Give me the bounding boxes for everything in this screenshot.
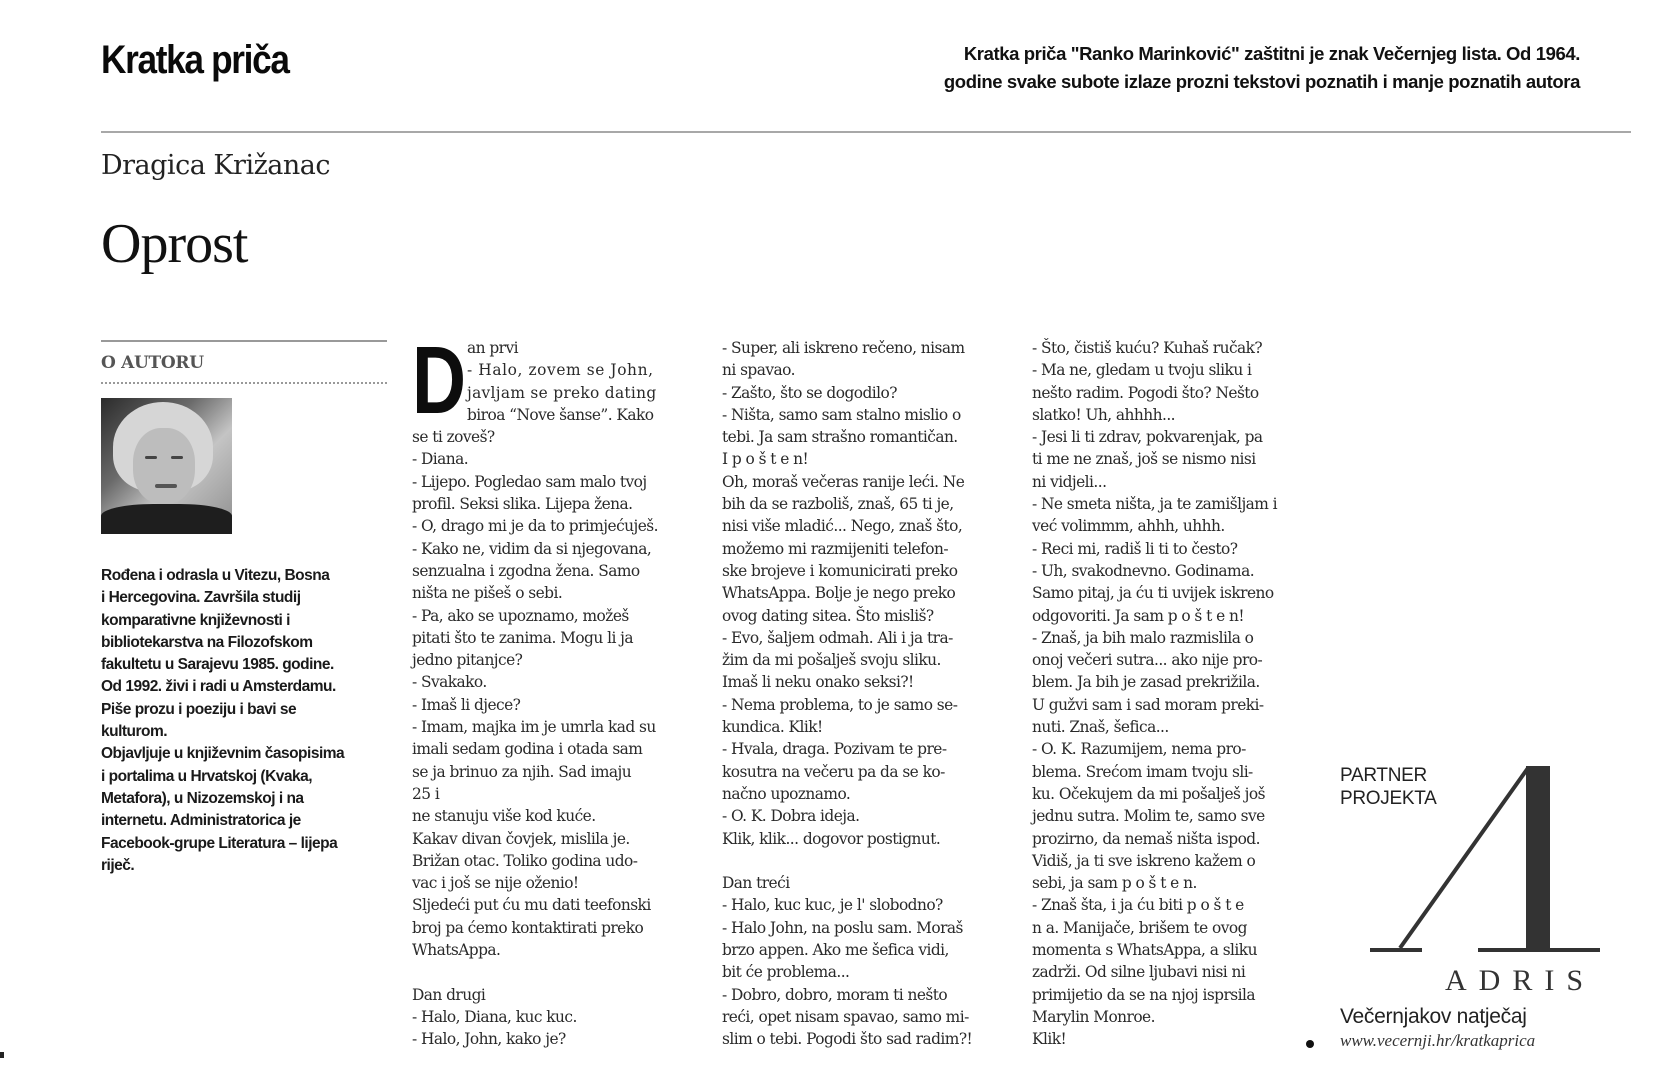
dropcap-letter: D bbox=[412, 341, 466, 421]
about-author-sidebar: O AUTORU Rođena i odrasla u Vitezu, Bosn… bbox=[101, 340, 387, 877]
bullet-icon bbox=[1306, 1040, 1314, 1048]
story-line: WhatsAppa. Bolje je nego preko bbox=[722, 582, 1008, 604]
story-line: - Uh, svakodnevno. Godinama. bbox=[1032, 560, 1318, 582]
story-line: 25 i bbox=[412, 783, 698, 805]
story-line: brzo appen. Ako me šefica vidi, bbox=[722, 939, 1008, 961]
bio-line: i Hercegovina. Završila studij bbox=[101, 587, 387, 609]
story-line: Klik! bbox=[1032, 1028, 1318, 1050]
story-line: ovog dating sitea. Što misliš? bbox=[722, 605, 1008, 627]
story-line: kundica. Klik! bbox=[722, 716, 1008, 738]
bio-line: bibliotekarstva na Filozofskom bbox=[101, 632, 387, 654]
paragraph-gap bbox=[412, 961, 698, 983]
header-blurb-line: godine svake subote izlaze prozni teksto… bbox=[820, 68, 1580, 96]
story-column-1: D an prvi - Halo, zovem se John, javljam… bbox=[412, 337, 698, 1051]
author-name: Dragica Križanac bbox=[101, 150, 330, 181]
story-line: blema. Srećom imam tvoju sli- bbox=[1032, 761, 1318, 783]
story-line: ku. Očekujem da mi pošalješ još bbox=[1032, 783, 1318, 805]
adris-logo-icon bbox=[1370, 758, 1600, 968]
story-line: jedno pitanjce? bbox=[412, 649, 698, 671]
photo-mouth-shape bbox=[155, 484, 177, 488]
story-line: - Evo, šaljem odmah. Ali i ja tra- bbox=[722, 627, 1008, 649]
story-line: bih da se razboliš, znaš, 65 ti je, bbox=[722, 493, 1008, 515]
story-column-3: - Što, čistiš kuću? Kuhaš ručak? - Ma ne… bbox=[1032, 337, 1318, 1051]
day-heading: Dan drugi bbox=[412, 984, 698, 1006]
contest-url-link[interactable]: www.vecernji.hr/kratkaprica bbox=[1340, 1031, 1535, 1051]
story-line: nuti. Znaš, šefica... bbox=[1032, 716, 1318, 738]
photo-face-shape bbox=[133, 428, 195, 504]
story-line: - Jesi li ti zdrav, pokvarenjak, pa bbox=[1032, 426, 1318, 448]
story-line: ni vidjeli... bbox=[1032, 471, 1318, 493]
story-line: sebi, ja sam p o š t e n. bbox=[1032, 872, 1318, 894]
story-line: - Ma ne, gledam u tvoju sliku i bbox=[1032, 359, 1318, 381]
story-title: Oprost bbox=[101, 212, 247, 276]
photo-eye-shape bbox=[171, 456, 183, 459]
day-heading: Dan treći bbox=[722, 872, 1008, 894]
story-line: - Hvala, draga. Pozivam te pre- bbox=[722, 738, 1008, 760]
story-line: onoj večeri sutra... ako nije pro- bbox=[1032, 649, 1318, 671]
bio-line: internetu. Administratorica je bbox=[101, 810, 387, 832]
story-line: se ja brinuo za njih. Sad imaju bbox=[412, 761, 698, 783]
story-line: momenta s WhatsAppa, a sliku bbox=[1032, 939, 1318, 961]
story-line: profil. Seksi slika. Lijepa žena. bbox=[412, 493, 698, 515]
story-line: Brižan otac. Toliko godina udo- bbox=[412, 850, 698, 872]
story-line: Imaš li neku onako seksi?! bbox=[722, 671, 1008, 693]
story-line: WhatsAppa. bbox=[412, 939, 698, 961]
story-line: - Svakako. bbox=[412, 671, 698, 693]
story-line: - Halo, Diana, kuc kuc. bbox=[412, 1006, 698, 1028]
story-line: Sljedeći put ću mu dati teefonski bbox=[412, 894, 698, 916]
page-edge-mark bbox=[0, 1052, 4, 1058]
story-line: - Nema problema, to je samo se- bbox=[722, 694, 1008, 716]
bio-line: i portalima u Hrvatskoj (Kvaka, bbox=[101, 766, 387, 788]
story-line: ske brojeve i komunicirati preko bbox=[722, 560, 1008, 582]
bio-line: Piše prozu i poeziju i bavi se bbox=[101, 699, 387, 721]
author-bio: Rođena i odrasla u Vitezu, Bosna i Herce… bbox=[101, 565, 387, 877]
story-line: blem. Ja bih je zasad prekrižila. bbox=[1032, 671, 1318, 693]
story-line: - Znaš šta, i ja ću biti p o š t e bbox=[1032, 894, 1318, 916]
story-line: ništa ne pišeš o sebi. bbox=[412, 582, 698, 604]
story-line: - Zašto, što se dogodilo? bbox=[722, 382, 1008, 404]
story-line: - O. K. Dobra ideja. bbox=[722, 805, 1008, 827]
story-line: ni spavao. bbox=[722, 359, 1008, 381]
sidebar-divider bbox=[101, 340, 387, 342]
header-blurb: Kratka priča "Ranko Marinković" zaštitni… bbox=[820, 40, 1580, 96]
story-line: kosutra na večeru pa da se ko- bbox=[722, 761, 1008, 783]
bio-line: Od 1992. živi i radi u Amsterdamu. bbox=[101, 676, 387, 698]
header-divider bbox=[101, 131, 1631, 133]
story-line: ne stanuju više kod kuće. bbox=[412, 805, 698, 827]
adris-logo-wordmark: ADRIS bbox=[1445, 964, 1595, 998]
story-line: Marylin Monroe. bbox=[1032, 1006, 1318, 1028]
author-photo bbox=[101, 398, 232, 534]
story-line: vac i još se nije oženio! bbox=[412, 872, 698, 894]
bio-line: Objavljuje u književnim časopisima bbox=[101, 743, 387, 765]
story-line: - Dobro, dobro, moram ti nešto bbox=[722, 984, 1008, 1006]
sidebar-dotted-divider bbox=[101, 382, 387, 384]
story-line: nešto radim. Pogodi što? Nešto bbox=[1032, 382, 1318, 404]
story-line: možemo mi razmijeniti telefon- bbox=[722, 538, 1008, 560]
story-line: - Ništa, samo sam stalno mislio o bbox=[722, 404, 1008, 426]
bio-line: Rođena i odrasla u Vitezu, Bosna bbox=[101, 565, 387, 587]
story-line: nisi više mladić... Nego, znaš što, bbox=[722, 515, 1008, 537]
bio-line: Facebook-grupe Literatura – lijepa bbox=[101, 833, 387, 855]
story-line: slatko! Uh, ahhhh... bbox=[1032, 404, 1318, 426]
contest-name: Večernjakov natječaj bbox=[1340, 1005, 1527, 1029]
story-line: - Pa, ako se upoznamo, možeš bbox=[412, 605, 698, 627]
story-line: - Što, čistiš kuću? Kuhaš ručak? bbox=[1032, 337, 1318, 359]
story-line: - O. K. Razumijem, nema pro- bbox=[1032, 738, 1318, 760]
story-line: - Kako ne, vidim da si njegovana, bbox=[412, 538, 698, 560]
story-line: - Ne smeta ništa, ja te zamišljam i bbox=[1032, 493, 1318, 515]
story-line: - Halo, kuc kuc, je l' slobodno? bbox=[722, 894, 1008, 916]
story-line: bit će problema... bbox=[722, 961, 1008, 983]
story-line: I p o š t e n! bbox=[722, 448, 1008, 470]
photo-coat-shape bbox=[101, 504, 232, 534]
paragraph-gap bbox=[722, 850, 1008, 872]
story-line: prozirno, da nemaš ništa ispod. bbox=[1032, 828, 1318, 850]
bio-line: Metafora), u Nizozemskoj i na bbox=[101, 788, 387, 810]
story-line: senzualna i zgodna žena. Samo bbox=[412, 560, 698, 582]
story-line: - Reci mi, radiš li ti to često? bbox=[1032, 538, 1318, 560]
story-line: Vidiš, ja ti sve iskreno kažem o bbox=[1032, 850, 1318, 872]
story-line: već volimmm, ahhh, uhhh. bbox=[1032, 515, 1318, 537]
story-line: n a. Manijače, brišem te ovog bbox=[1032, 917, 1318, 939]
sidebar-heading: O AUTORU bbox=[101, 353, 387, 373]
bio-line: fakultetu u Sarajevu 1985. godine. bbox=[101, 654, 387, 676]
story-line: Klik, klik... dogovor postignut. bbox=[722, 828, 1008, 850]
section-title: Kratka priča bbox=[101, 38, 289, 83]
story-line: Kakav divan čovjek, mislila je. bbox=[412, 828, 698, 850]
story-line: U gužvi sam i sad moram preki- bbox=[1032, 694, 1318, 716]
story-line: Samo pitaj, ja ću ti uvijek iskreno bbox=[1032, 582, 1318, 604]
story-line: primijetio da se na njoj isprsila bbox=[1032, 984, 1318, 1006]
photo-eye-shape bbox=[145, 456, 157, 459]
story-line: imali sedam godina i otada sam bbox=[412, 738, 698, 760]
story-line: - Super, ali iskreno rečeno, nisam bbox=[722, 337, 1008, 359]
bio-line: komparativne književnosti i bbox=[101, 610, 387, 632]
bio-line: riječ. bbox=[101, 855, 387, 877]
story-line: - Diana. bbox=[412, 448, 698, 470]
newspaper-page: Kratka priča Kratka priča "Ranko Marinko… bbox=[0, 0, 1667, 1080]
bio-line: kulturom. bbox=[101, 721, 387, 743]
story-line: Oh, moraš večeras ranije leći. Ne bbox=[722, 471, 1008, 493]
story-line: odgovoriti. Ja sam p o š t e n! bbox=[1032, 605, 1318, 627]
story-line: žim da mi pošalješ svoju sliku. bbox=[722, 649, 1008, 671]
story-line: pitati što te zanima. Mogu li ja bbox=[412, 627, 698, 649]
story-line: reći, opet nisam spavao, samo mi- bbox=[722, 1006, 1008, 1028]
dropcap-block: D an prvi - Halo, zovem se John, javljam… bbox=[412, 337, 698, 426]
header-blurb-line: Kratka priča "Ranko Marinković" zaštitni… bbox=[820, 40, 1580, 68]
story-line: - Lijepo. Pogledao sam malo tvoj bbox=[412, 471, 698, 493]
story-line: načno upoznamo. bbox=[722, 783, 1008, 805]
story-line: slim o tebi. Pogodi što sad radim?! bbox=[722, 1028, 1008, 1050]
story-line: - Imaš li djece? bbox=[412, 694, 698, 716]
story-line: jednu sutra. Molim te, samo sve bbox=[1032, 805, 1318, 827]
story-line: ti me ne znaš, još se nismo nisi bbox=[1032, 448, 1318, 470]
story-line: tebi. Ja sam strašno romantičan. bbox=[722, 426, 1008, 448]
story-line: - Znaš, ja bih malo razmislila o bbox=[1032, 627, 1318, 649]
story-line: - O, drago mi je da to primjećuješ. bbox=[412, 515, 698, 537]
story-line: broj pa ćemo kontaktirati preko bbox=[412, 917, 698, 939]
story-line: - Imam, majka im je umrla kad su bbox=[412, 716, 698, 738]
story-column-2: - Super, ali iskreno rečeno, nisam ni sp… bbox=[722, 337, 1008, 1051]
story-line: - Halo, John, kako je? bbox=[412, 1028, 698, 1050]
story-line: zadrži. Od silne ljubavi nisi ni bbox=[1032, 961, 1318, 983]
story-line: - Halo John, na poslu sam. Moraš bbox=[722, 917, 1008, 939]
